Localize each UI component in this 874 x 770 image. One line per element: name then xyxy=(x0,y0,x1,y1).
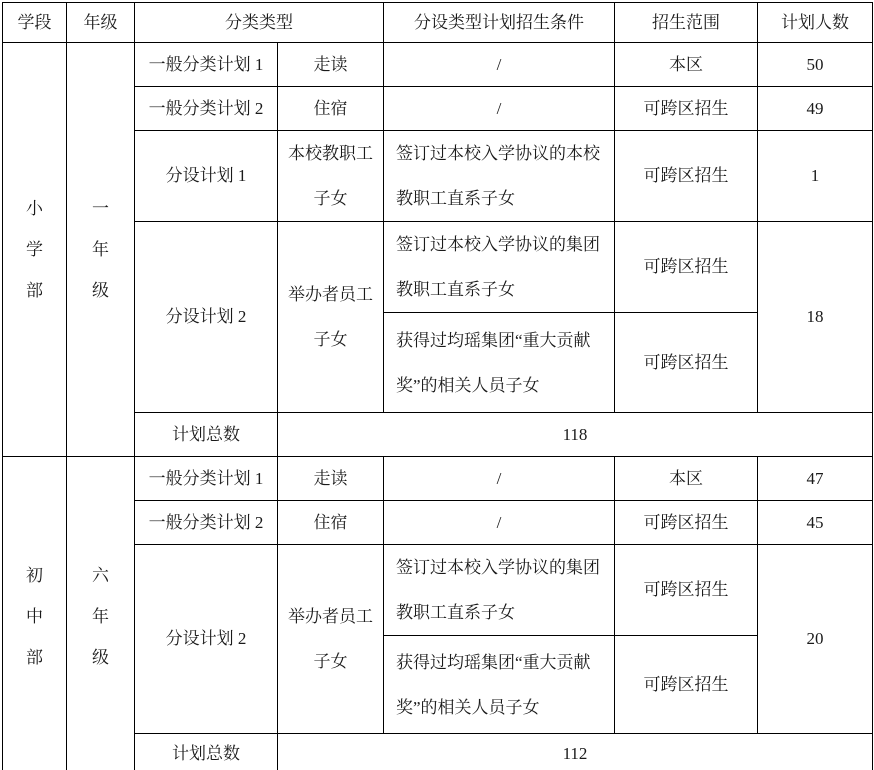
enrollment-plan-table: 学段 年级 分类类型 分设类型计划招生条件 招生范围 计划人数 小学部 一年级 … xyxy=(2,2,873,770)
plan-cell: 一般分类计划 2 xyxy=(135,501,278,545)
grade-cell: 六年级 xyxy=(67,457,135,770)
type-cell: 走读 xyxy=(278,43,384,87)
condition-cell: 获得过均瑶集团“重大贡献奖”的相关人员子女 xyxy=(384,636,615,734)
count-cell: 50 xyxy=(758,43,873,87)
type-cell: 举办者员工子女 xyxy=(278,545,384,734)
plan-cell: 分设计划 1 xyxy=(135,131,278,222)
count-cell: 1 xyxy=(758,131,873,222)
total-value-cell: 118 xyxy=(278,413,873,457)
condition-cell: / xyxy=(384,501,615,545)
condition-cell: 签订过本校入学协议的集团教职工直系子女 xyxy=(384,222,615,313)
condition-cell: 签订过本校入学协议的本校教职工直系子女 xyxy=(384,131,615,222)
header-count: 计划人数 xyxy=(758,3,873,43)
count-cell: 45 xyxy=(758,501,873,545)
grade-cell: 一年级 xyxy=(67,43,135,457)
plan-cell: 一般分类计划 1 xyxy=(135,43,278,87)
count-cell: 18 xyxy=(758,222,873,413)
scope-cell: 可跨区招生 xyxy=(615,545,758,636)
count-cell: 47 xyxy=(758,457,873,501)
stage-cell: 小学部 xyxy=(3,43,67,457)
scope-cell: 本区 xyxy=(615,43,758,87)
table-row: 初中部 六年级 一般分类计划 1 走读 / 本区 47 xyxy=(3,457,873,501)
scope-cell: 可跨区招生 xyxy=(615,636,758,734)
header-row: 学段 年级 分类类型 分设类型计划招生条件 招生范围 计划人数 xyxy=(3,3,873,43)
condition-cell: 签订过本校入学协议的集团教职工直系子女 xyxy=(384,545,615,636)
condition-cell: / xyxy=(384,457,615,501)
header-grade: 年级 xyxy=(67,3,135,43)
condition-cell: 获得过均瑶集团“重大贡献奖”的相关人员子女 xyxy=(384,313,615,413)
total-label-cell: 计划总数 xyxy=(135,734,278,770)
total-label-cell: 计划总数 xyxy=(135,413,278,457)
header-scope: 招生范围 xyxy=(615,3,758,43)
condition-cell: / xyxy=(384,87,615,131)
condition-cell: / xyxy=(384,43,615,87)
header-condition: 分设类型计划招生条件 xyxy=(384,3,615,43)
type-cell: 走读 xyxy=(278,457,384,501)
plan-cell: 一般分类计划 1 xyxy=(135,457,278,501)
stage-cell: 初中部 xyxy=(3,457,67,770)
scope-cell: 可跨区招生 xyxy=(615,313,758,413)
count-cell: 20 xyxy=(758,545,873,734)
type-cell: 举办者员工子女 xyxy=(278,222,384,413)
plan-cell: 分设计划 2 xyxy=(135,222,278,413)
scope-cell: 可跨区招生 xyxy=(615,87,758,131)
scope-cell: 可跨区招生 xyxy=(615,501,758,545)
type-cell: 本校教职工子女 xyxy=(278,131,384,222)
header-stage: 学段 xyxy=(3,3,67,43)
plan-cell: 一般分类计划 2 xyxy=(135,87,278,131)
type-cell: 住宿 xyxy=(278,87,384,131)
count-cell: 49 xyxy=(758,87,873,131)
scope-cell: 本区 xyxy=(615,457,758,501)
type-cell: 住宿 xyxy=(278,501,384,545)
total-value-cell: 112 xyxy=(278,734,873,770)
plan-cell: 分设计划 2 xyxy=(135,545,278,734)
table-row: 小学部 一年级 一般分类计划 1 走读 / 本区 50 xyxy=(3,43,873,87)
scope-cell: 可跨区招生 xyxy=(615,222,758,313)
header-category: 分类类型 xyxy=(135,3,384,43)
scope-cell: 可跨区招生 xyxy=(615,131,758,222)
